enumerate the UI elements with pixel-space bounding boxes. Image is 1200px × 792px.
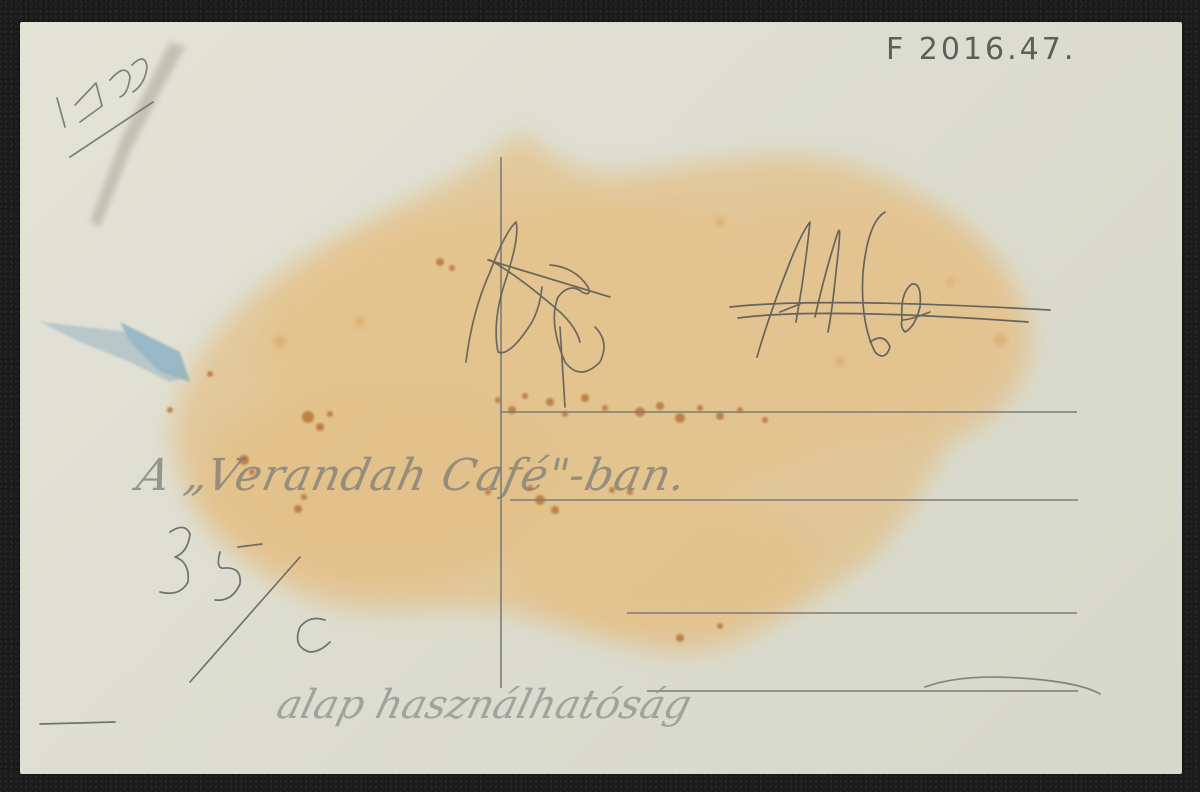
bottom-flourish bbox=[925, 677, 1100, 694]
signature-left-crossed bbox=[466, 222, 610, 407]
signature-right-crossed bbox=[730, 212, 1050, 357]
pencil-handwriting bbox=[20, 22, 1182, 774]
postcard-back: F 2016.47. A „Verandah Café"-ban. alap h… bbox=[20, 22, 1182, 774]
top-left-number bbox=[57, 59, 153, 157]
accession-number: F 2016.47. bbox=[886, 32, 1076, 67]
caption-line: A „Verandah Café"-ban. bbox=[133, 450, 692, 501]
bottom-note: alap használhatóság bbox=[272, 682, 696, 728]
